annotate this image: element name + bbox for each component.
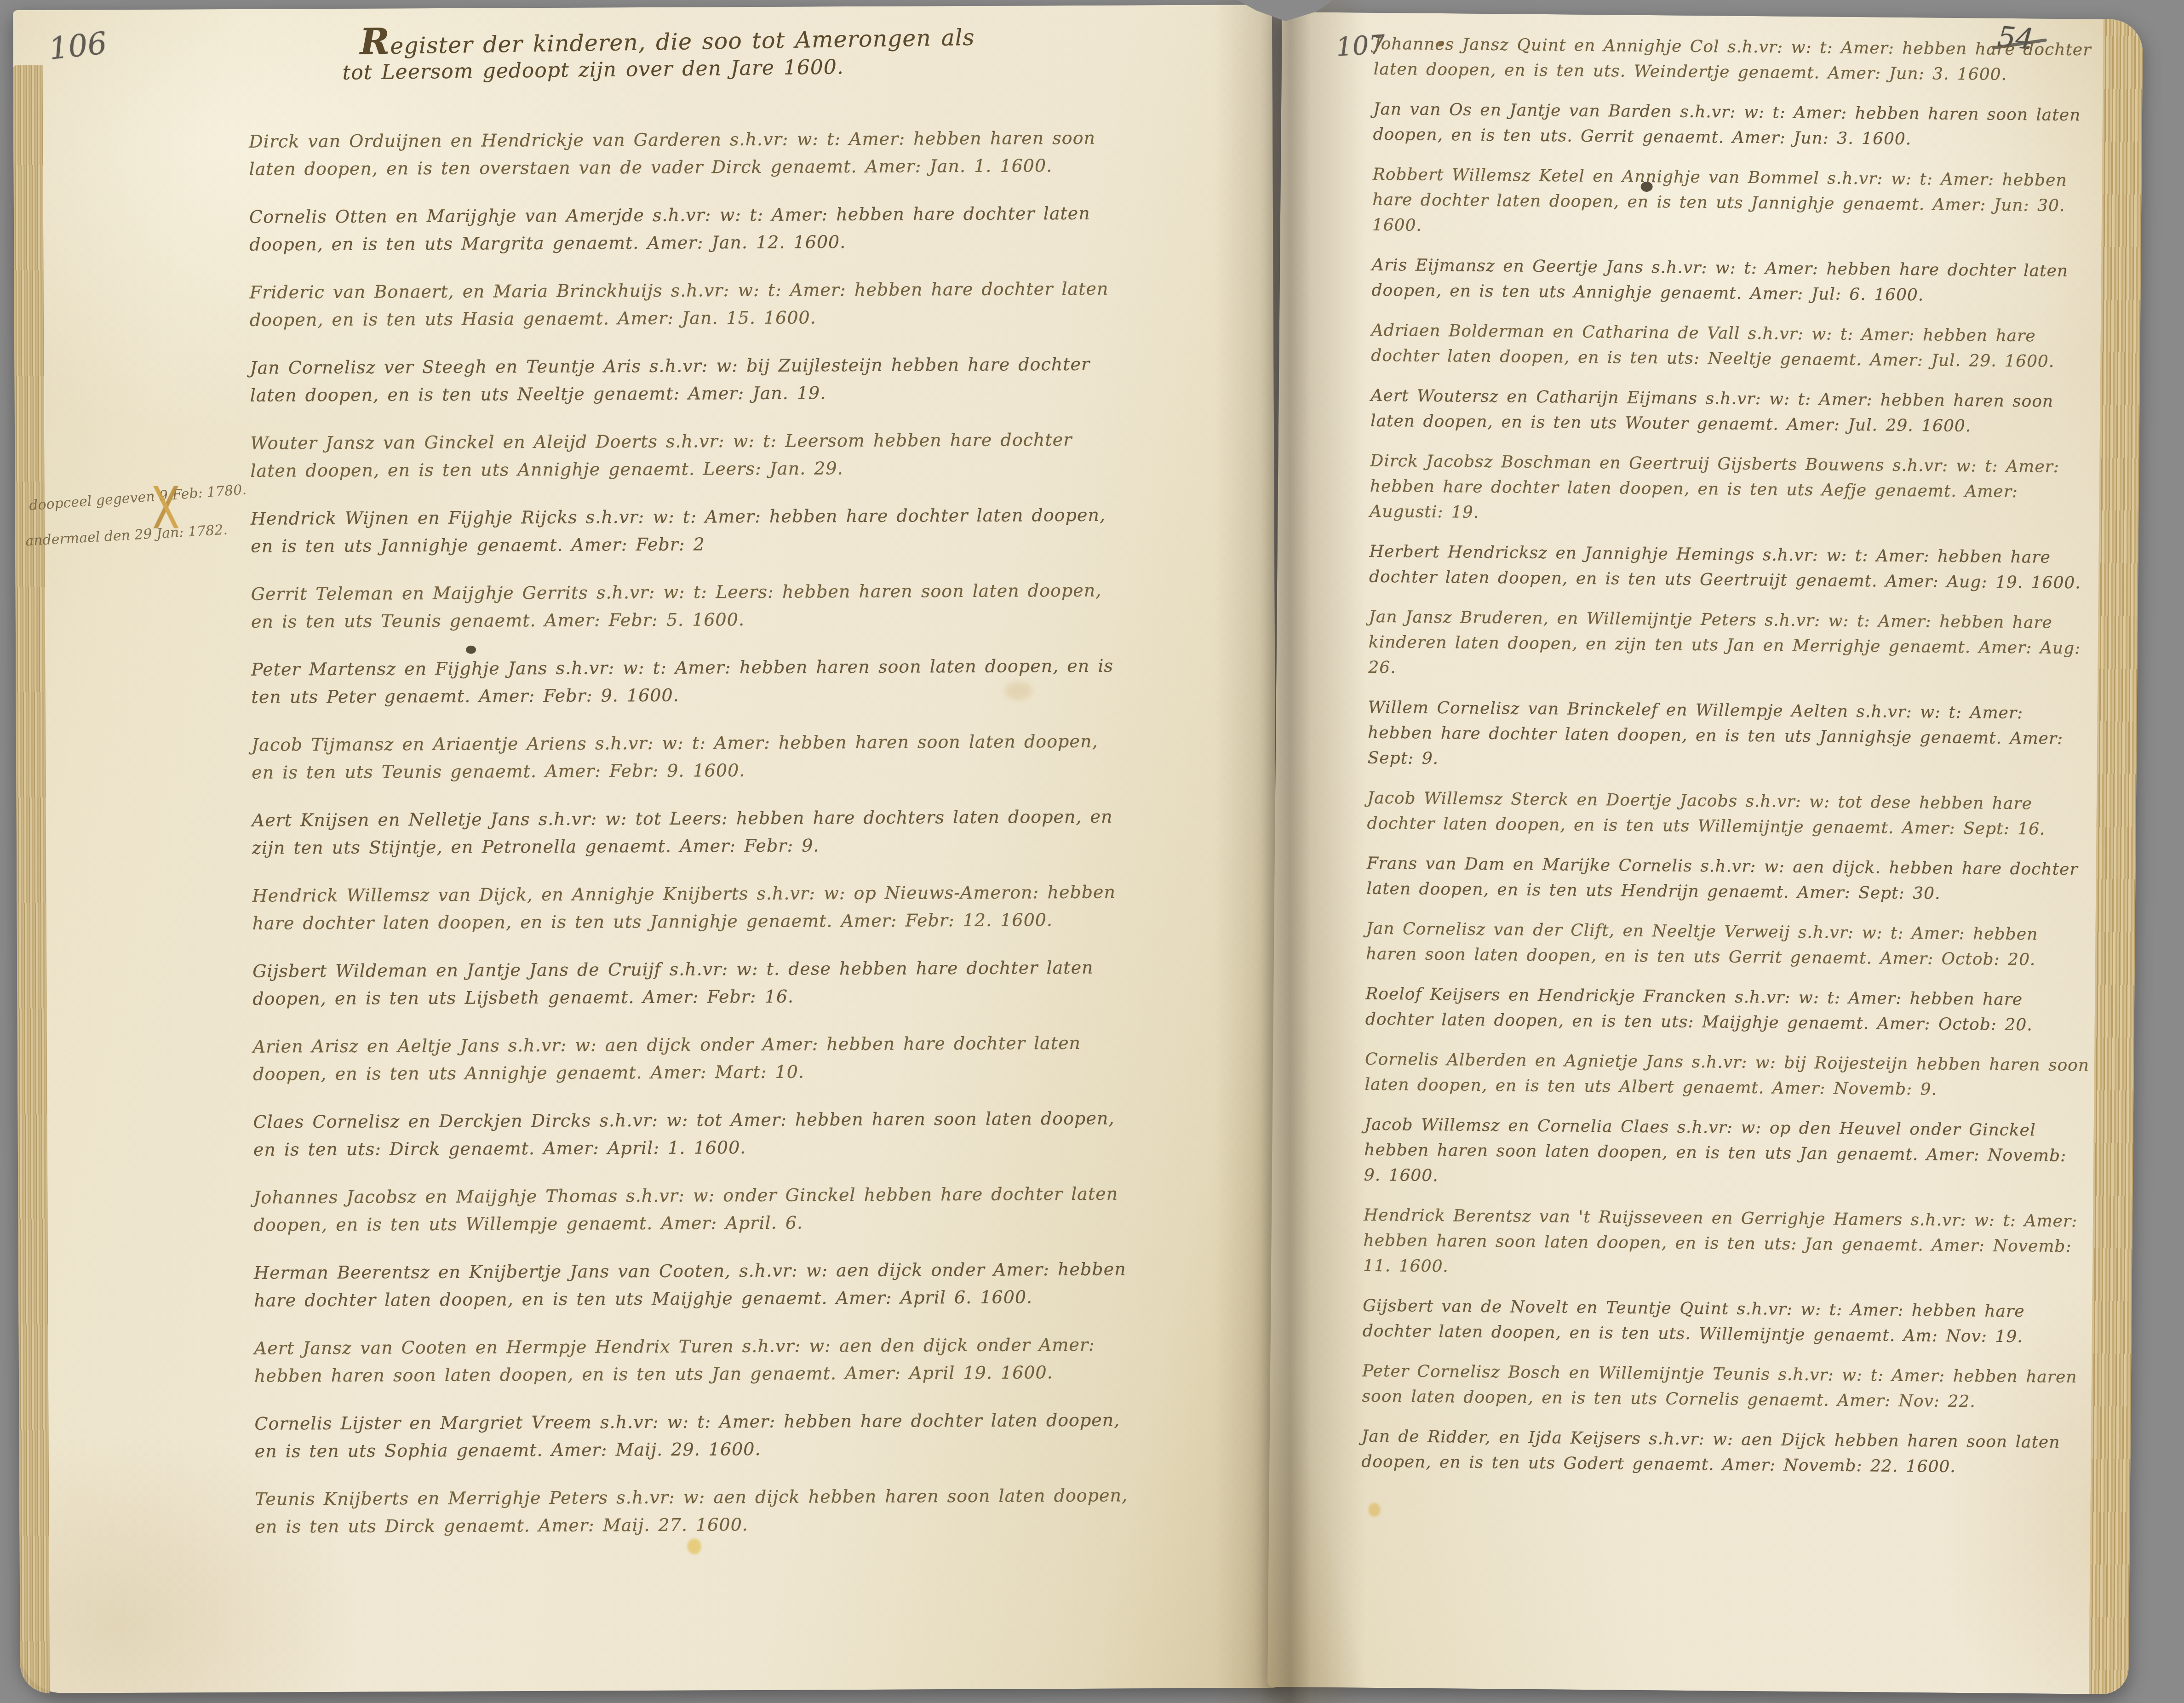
ink-blot	[1641, 182, 1653, 192]
baptism-entry: Gerrit Teleman en Maijghje Gerrits s.h.v…	[251, 576, 1128, 635]
margin-cross-mark	[153, 486, 179, 528]
stain	[1368, 1503, 1380, 1517]
register-title-line1: Register der kinderen, die soo tot Amero…	[360, 12, 975, 63]
stain	[1004, 682, 1032, 700]
left-entries-column: Dirck van Orduijnen en Hendrickje van Ga…	[249, 124, 1132, 1560]
ink-blot	[1438, 42, 1444, 46]
baptism-entry: Gijsbert van de Novelt en Teuntje Quint …	[1363, 1293, 2088, 1350]
baptism-entry: Johannes Jansz Quint en Annighje Col s.h…	[1374, 31, 2099, 88]
baptism-entry: Hendrick Berentsz van 't Ruijsseveen en …	[1363, 1203, 2088, 1285]
baptism-entry: Aert Jansz van Cooten en Hermpje Hendrix…	[254, 1330, 1131, 1389]
baptism-entry: Roelof Keijsers en Hendrickje Francken s…	[1365, 981, 2091, 1038]
right-page-fore-edge	[2089, 19, 2143, 1695]
baptism-entry: Hendrick Wijnen en Fijghje Rijcks s.h.vr…	[251, 501, 1128, 560]
baptism-entry: Dirck van Orduijnen en Hendrickje van Ga…	[249, 124, 1126, 183]
baptism-entry: Cornelis Lijster en Margriet Vreem s.h.v…	[254, 1406, 1131, 1465]
baptism-entry: Robbert Willemsz Ketel en Annighje van B…	[1372, 162, 2098, 244]
baptism-entry: Jan van Os en Jantje van Barden s.h.vr: …	[1373, 97, 2098, 154]
baptism-entry: Aris Eijmansz en Geertje Jans s.h.vr: w:…	[1371, 252, 2097, 310]
baptism-entry: Frans van Dam en Marijke Cornelis s.h.vr…	[1366, 851, 2092, 908]
right-page: 107 54 Johannes Jansz Quint en Annighje …	[1267, 12, 2143, 1694]
baptism-entry: Claes Cornelisz en Derckjen Dircks s.h.v…	[253, 1104, 1130, 1163]
baptism-entry: Cornelis Alberden en Agnietje Jans s.h.v…	[1364, 1047, 2090, 1104]
book-photo: 106 Register der kinderen, die soo tot A…	[0, 0, 2184, 1703]
baptism-entry: Jacob Willemsz Sterck en Doertje Jacobs …	[1367, 786, 2092, 843]
left-page-edge	[13, 65, 50, 1693]
baptism-entry: Jan de Ridder, en Ijda Keijsers s.h.vr: …	[1361, 1424, 2087, 1481]
baptism-entry: Gijsbert Wildeman en Jantje Jans de Crui…	[252, 953, 1129, 1012]
page-number-left: 106	[47, 25, 109, 67]
right-entries-column: Johannes Jansz Quint en Annighje Col s.h…	[1361, 31, 2099, 1496]
baptism-entry: Jan Jansz Bruderen, en Willemijntje Pete…	[1368, 604, 2093, 687]
baptism-entry: Jacob Tijmansz en Ariaentje Ariens s.h.v…	[252, 727, 1129, 786]
baptism-entry: Cornelis Otten en Marijghje van Amerjde …	[249, 199, 1126, 258]
baptism-entry: Jan Cornelisz van der Clift, en Neeltje …	[1366, 916, 2091, 973]
margin-note-line2: andermael den 29 Jan: 1782.	[25, 522, 228, 549]
baptism-entry: Peter Cornelisz Bosch en Willemijntje Te…	[1362, 1359, 2087, 1416]
baptism-entry: Johannes Jacobsz en Maijghje Thomas s.h.…	[253, 1180, 1130, 1239]
baptism-entry: Jacob Willemsz en Cornelia Claes s.h.vr:…	[1364, 1112, 2089, 1194]
stain	[688, 1538, 701, 1554]
left-page: 106 Register der kinderen, die soo tot A…	[13, 5, 1279, 1693]
baptism-entry: Adriaen Bolderman en Catharina de Vall s…	[1371, 318, 2096, 375]
baptism-entry: Wouter Jansz van Ginckel en Aleijd Doert…	[250, 425, 1127, 484]
baptism-entry: Dirck Jacobsz Boschman en Geertruij Gijs…	[1370, 448, 2095, 531]
baptism-entry: Frideric van Bonaert, en Maria Brinckhui…	[250, 275, 1127, 333]
baptism-entry: Jan Cornelisz ver Steegh en Teuntje Aris…	[250, 350, 1127, 409]
baptism-entry: Arien Arisz en Aeltje Jans s.h.vr: w: ae…	[253, 1029, 1130, 1088]
baptism-entry: Aert Woutersz en Catharijn Eijmans s.h.v…	[1370, 383, 2096, 440]
baptism-entry: Teunis Knijberts en Merrighje Peters s.h…	[255, 1481, 1132, 1540]
baptism-entry: Aert Knijsen en Nelletje Jans s.h.vr: w:…	[252, 803, 1129, 861]
baptism-entry: Hendrick Willemsz van Dijck, en Annighje…	[252, 878, 1129, 937]
baptism-entry: Willem Cornelisz van Brinckelef en Wille…	[1368, 695, 2093, 777]
margin-note-line1: doopceel gegeven 9 Feb: 1780.	[29, 482, 247, 514]
baptism-entry: Peter Martensz en Fijghje Jans s.h.vr: w…	[251, 652, 1128, 711]
ink-blot	[466, 646, 476, 654]
baptism-entry: Herman Beerentsz en Knijbertje Jans van …	[254, 1255, 1131, 1314]
baptism-entry: Herbert Hendricksz en Jannighje Hemings …	[1369, 539, 2094, 596]
